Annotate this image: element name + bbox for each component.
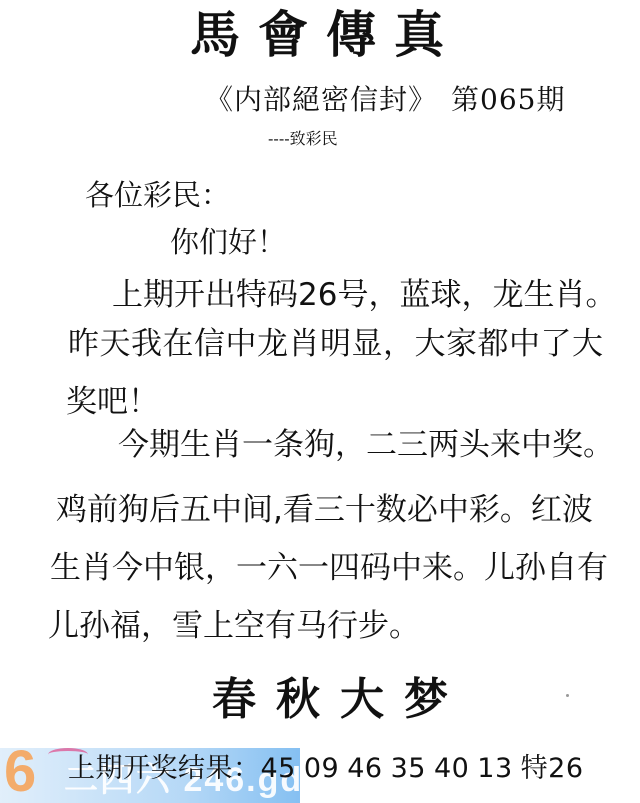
addressee-line: ----致彩民	[268, 128, 338, 150]
issue-number: 第065期	[451, 83, 565, 116]
results-numbers: 450946354013特26	[261, 753, 584, 784]
letter-line: 生肖今中银，一六一四码中来。儿孙自有	[50, 548, 608, 588]
speck	[566, 694, 569, 697]
greeting: 各位彩民：	[85, 175, 230, 215]
page-title: 馬會傳真	[0, 2, 640, 68]
letter-line: 奖吧！	[66, 382, 159, 422]
letter-line: 儿孙福，雪上空有马行步。	[48, 606, 420, 646]
letter-line: 上期开出特码26号，蓝球，龙生肖。	[112, 275, 616, 315]
document-subtitle: 《内部絕密信封》	[205, 83, 437, 116]
previous-results: 上期开奖结果：450946354013特26	[68, 752, 584, 786]
result-number: 45	[261, 753, 296, 784]
subtitle-line: 《内部絕密信封》第065期	[205, 80, 565, 120]
logo-six-icon: 6	[4, 742, 36, 802]
salutation: 你们好！	[170, 222, 286, 262]
results-label: 上期开奖结果：	[68, 753, 261, 784]
result-number: 13	[477, 753, 512, 784]
closing-title: 春秋大梦	[212, 670, 468, 730]
special-number: 特26	[521, 753, 584, 784]
letter-line: 昨天我在信中龙肖明显，大家都中了大	[68, 324, 604, 364]
letter-line: 今期生肖一条狗，二三两头来中奖。	[118, 425, 614, 465]
result-number: 40	[434, 753, 469, 784]
result-number: 09	[304, 753, 339, 784]
result-number: 46	[347, 753, 382, 784]
result-number: 35	[391, 753, 426, 784]
letter-line: 鸡前狗后五中间,看三十数必中彩。红波	[56, 490, 593, 530]
